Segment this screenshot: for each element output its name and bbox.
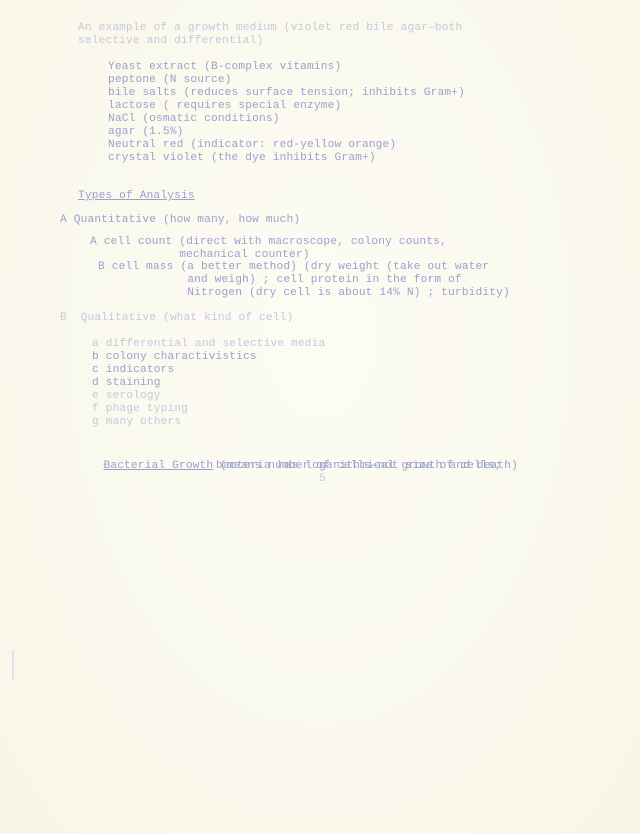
ingredient-neutral-red: Neutral red (indicator: red-yellow orang… (108, 139, 396, 152)
margin-mark (12, 650, 14, 680)
qualitative-item-b: b colony charactivistics (92, 351, 257, 364)
ingredient-bile-salts: bile salts (reduces surface tension; inh… (108, 87, 465, 100)
qualitative-item-a: a differential and selective media (92, 338, 325, 351)
qualitative-item-e: e serology (92, 390, 161, 403)
ingredient-yeast: Yeast extract (B-complex vitamins) (108, 61, 341, 74)
bacterial-growth-heading: Bacterial Growth (103, 460, 213, 472)
section-heading-types-of-analysis: Types of Analysis (78, 190, 195, 203)
qualitative-label: B Qualitative (what kind of cell) (60, 312, 293, 325)
cell-mass-line-2: and weigh) ; cell protein in the form of (98, 274, 462, 287)
ingredient-crystal-violet: crystal violet (the dye inhibits Gram+) (108, 152, 376, 165)
intro-line-1: An example of a growth medium (violet re… (78, 22, 462, 35)
qualitative-item-f: f phage typing (92, 403, 188, 416)
qualitative-item-g: g many others (92, 416, 181, 429)
ingredient-peptone: peptone (N source) (108, 74, 232, 87)
ingredient-agar: agar (1.5%) (108, 126, 184, 139)
typewritten-page: An example of a growth medium (violet re… (0, 0, 640, 834)
qualitative-item-c: c indicators (92, 364, 174, 377)
intro-line-2: selective and differential) (78, 35, 263, 48)
ingredient-lactose: lactose ( requires special enzyme) (108, 100, 341, 113)
cell-count-line-1: A cell count (direct with macroscope, co… (90, 236, 447, 249)
qualitative-item-d: d staining (92, 377, 161, 390)
cell-mass-line-1: B cell mass (a better method) (dry weigh… (98, 261, 489, 274)
cell-mass-line-3: Nitrogen (dry cell is about 14% N) ; tur… (98, 287, 510, 300)
ingredient-nacl: NaCl (osmatic conditions) (108, 113, 280, 126)
quantitative-label: A Quantitative (how many, how much) (60, 214, 300, 227)
bacterial-growth-line-2: bacteria has logarithmical growth and de… (216, 460, 518, 473)
page-number: 5 (319, 473, 326, 486)
